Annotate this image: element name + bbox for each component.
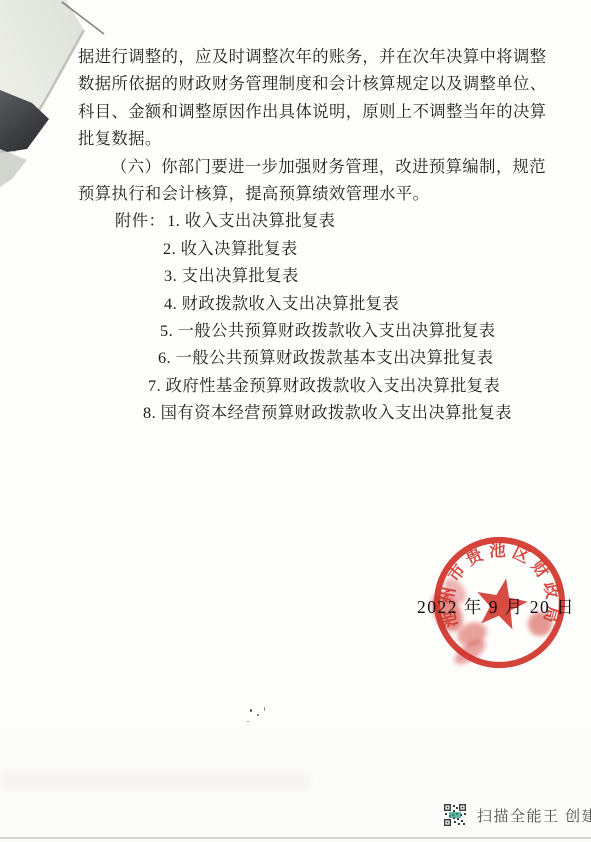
paragraph-line: 科目、金额和调整原因作出具体说明，原则上不调整当年的决算 [78,98,548,125]
attachment-item: 3. 支出决算批复表 [164,262,548,289]
attachment-item: 6. 一般公共预算财政拨款基本支出决算批复表 [158,344,548,371]
scanned-document-page: 据进行调整的，应及时调整次年的账务，并在次年决算中将调整 数据所依据的财政财务管… [0,0,591,842]
camscanner-qr-icon [443,803,467,827]
attachments-line: 附件：1. 收入支出决算批复表 [78,207,548,234]
attachment-item: 8. 国有资本经营预算财政拨款收入支出决算批复表 [143,399,548,426]
paragraph-line: （六）你部门要进一步加强财务管理，改进预算编制，规范 [78,153,548,180]
attachments-label: 附件： [115,211,165,230]
document-body-text: 据进行调整的，应及时调整次年的账务，并在次年决算中将调整 数据所依据的财政财务管… [78,43,548,427]
paragraph-line: 预算执行和会计核算，提高预算绩效管理水平。 [78,180,548,207]
attachment-item: 5. 一般公共预算财政拨款收入支出决算批复表 [160,317,548,344]
ink-speck [247,721,249,722]
attachment-item: 2. 收入决算批复表 [163,235,548,262]
official-seal: 池州市贵池区财政局 [425,528,575,678]
scan-smudge [0,772,310,790]
camscanner-note: 扫描全能王 创建 [477,805,591,826]
attachment-item: 7. 政府性基金预算财政拨款收入支出决算批复表 [148,372,548,399]
paragraph-line: 数据所依据的财政财务管理制度和会计核算规定以及调整单位、 [78,70,548,97]
ink-speck [257,714,259,716]
paragraph-line: 据进行调整的，应及时调整次年的账务，并在次年决算中将调整 [78,43,548,70]
attachment-item: 4. 财政拨款收入支出决算批复表 [164,290,548,317]
paragraph-line: 批复数据。 [78,125,548,152]
qr-teal-overlay [449,812,461,818]
attachment-item: 1. 收入支出决算批复表 [167,211,335,230]
seal-star-icon [472,574,532,632]
ink-speck [250,709,252,712]
ink-speck [264,707,265,711]
